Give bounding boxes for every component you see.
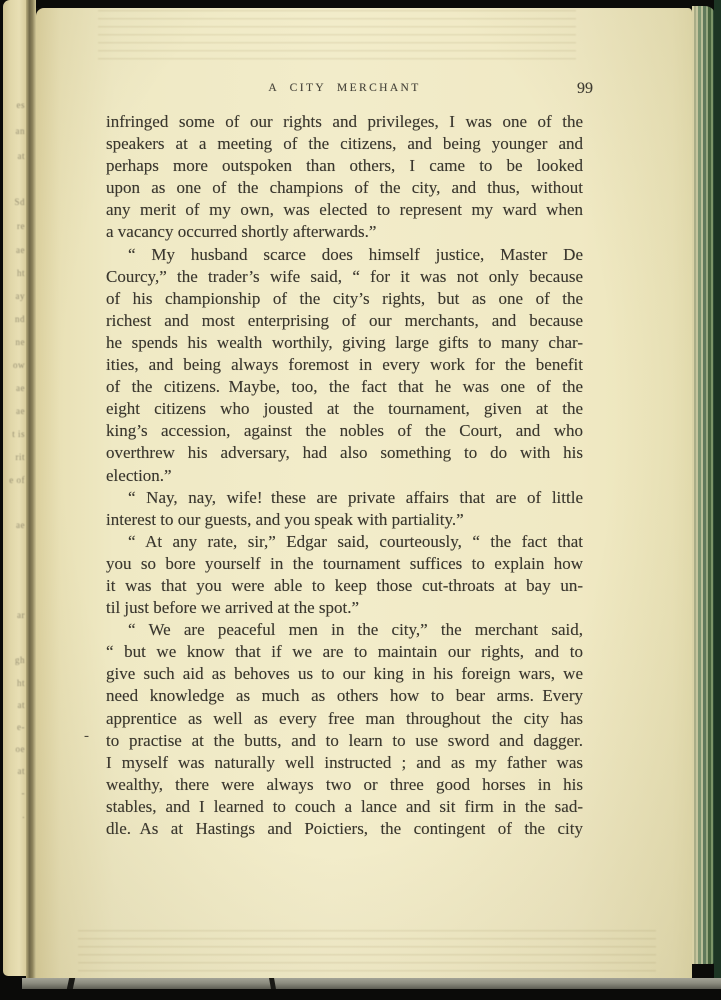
bleed-text-fragment: ht: [17, 678, 25, 688]
page-number: 99: [577, 80, 593, 98]
bleed-text-fragment: es: [17, 100, 26, 110]
text-line: “ but we know that if we are to maintain…: [106, 641, 583, 663]
bleed-text-fragment: ae: [16, 383, 25, 393]
bleed-text-fragment: at: [18, 766, 26, 776]
text-line: “ Nay, nay, wife! these are private affa…: [106, 487, 583, 509]
text-line: apprentice as well as every free man thr…: [106, 708, 583, 730]
bleed-text-fragment: re: [17, 221, 25, 231]
facing-page-edge: esanatSdreaehtayndneowaeaet isrite ofaea…: [3, 0, 26, 976]
bleed-text-fragment: oe: [16, 744, 26, 754]
running-header: A CITY MERCHANT 99: [106, 80, 583, 96]
bleed-text-fragment: ht: [17, 268, 25, 278]
text-line: I myself was naturally well instructed ;…: [106, 752, 583, 774]
text-line: of the citizens. Maybe, too, the fact th…: [106, 376, 583, 398]
bleed-text-fragment: e of: [9, 475, 25, 485]
bleed-text-fragment: ar: [17, 610, 25, 620]
text-line: election.”: [106, 465, 583, 487]
text-line: you so bore yourself in the tournament s…: [106, 553, 583, 575]
page-edge-streaks-bottom: [78, 930, 656, 978]
paragraph: “ At any rate, sir,” Edgar said, courteo…: [106, 531, 583, 619]
bleed-text-fragment: rit: [16, 452, 26, 462]
bleed-text-fragment: e-: [17, 722, 25, 732]
margin-mark: -: [84, 728, 89, 745]
paragraph: infringed some of our rights and privile…: [106, 111, 583, 244]
bleed-text-fragment: ae: [16, 245, 25, 255]
text-line: til just before we arrived at the spot.”: [106, 597, 583, 619]
bleed-text-fragment: nd: [15, 314, 25, 324]
gutter-shadow: [26, 0, 36, 978]
text-line: any merit of my own, was elected to repr…: [106, 199, 583, 221]
book-page: A CITY MERCHANT 99 infringed some of our…: [36, 8, 692, 978]
bleed-text-fragment: ay: [16, 291, 26, 301]
text-line: “ My husband scarce does himself justice…: [106, 244, 583, 266]
text-line: richest and most enterprising of our mer…: [106, 310, 583, 332]
page-edges-right: [692, 6, 716, 964]
text-line: stables, and I learned to couch a lance …: [106, 796, 583, 818]
bleed-text-fragment: ne: [16, 337, 26, 347]
text-line: need knowledge as much as others how to …: [106, 685, 583, 707]
bleed-text-fragment: ow: [13, 360, 25, 370]
book-cover-right: [714, 0, 721, 982]
bleed-text-fragment: .: [22, 810, 25, 820]
text-line: he spends his wealth worthily, giving la…: [106, 332, 583, 354]
text-line: eight citizens who jousted at the tourna…: [106, 398, 583, 420]
book-bottom-edge: [22, 978, 721, 989]
text-line: ities, and being always foremost in ever…: [106, 354, 583, 376]
text-line: infringed some of our rights and privile…: [106, 111, 583, 133]
chapter-title: A CITY MERCHANT: [268, 82, 420, 94]
text-line: perhaps more outspoken than others, I ca…: [106, 155, 583, 177]
text-line: dle. As at Hastings and Poictiers, the c…: [106, 818, 583, 840]
page-edge-streaks-top: [98, 10, 576, 64]
bleed-text-fragment: t is: [12, 429, 25, 439]
body-text: infringed some of our rights and privile…: [106, 111, 583, 840]
text-line: it was that you were able to keep those …: [106, 575, 583, 597]
text-line: overthrew his adversary, had also someth…: [106, 442, 583, 464]
bleed-text-fragment: at: [18, 151, 26, 161]
paragraph: “ We are peaceful men in the city,” the …: [106, 619, 583, 840]
text-line: speakers at a meeting of the citizens, a…: [106, 133, 583, 155]
text-line: give such aid as behoves us to our king …: [106, 663, 583, 685]
paragraph: “ Nay, nay, wife! these are private affa…: [106, 487, 583, 531]
bleed-text-fragment: gh: [15, 655, 25, 665]
text-line: interest to our guests, and you speak wi…: [106, 509, 583, 531]
bleed-text-fragment: ae: [16, 406, 25, 416]
bleed-text-fragment: -: [22, 788, 26, 798]
bleed-text-fragment: ae: [16, 520, 25, 530]
text-line: king’s accession, against the nobles of …: [106, 420, 583, 442]
text-line: wealthy, there were always two or three …: [106, 774, 583, 796]
paragraph: “ My husband scarce does himself justice…: [106, 244, 583, 487]
text-line: a vacancy occurred shortly afterwards.”: [106, 221, 583, 243]
text-line: “ At any rate, sir,” Edgar said, courteo…: [106, 531, 583, 553]
text-line: “ We are peaceful men in the city,” the …: [106, 619, 583, 641]
bleed-text-fragment: Sd: [14, 197, 25, 207]
text-line: to practise at the butts, and to learn t…: [106, 730, 583, 752]
text-line: Courcy,” the trader’s wife said, “ for i…: [106, 266, 583, 288]
bleed-text-fragment: an: [16, 126, 26, 136]
text-line: upon as one of the champions of the city…: [106, 177, 583, 199]
bleed-text-fragment: at: [18, 700, 26, 710]
book-scan-photo: esanatSdreaehtayndneowaeaet isrite ofaea…: [0, 0, 721, 1000]
text-line: of his championship of the city’s rights…: [106, 288, 583, 310]
